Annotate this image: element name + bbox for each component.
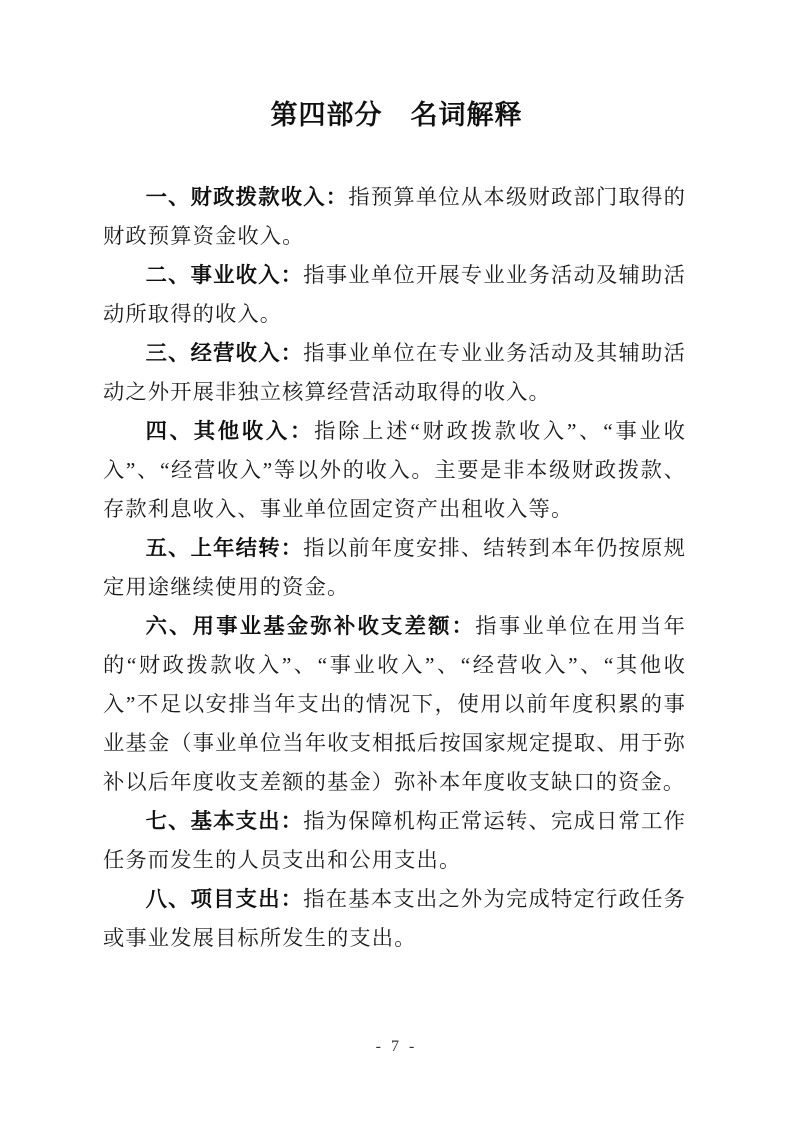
glossary-paragraph: 三、经营收入：指事业单位在专业业务活动及其辅助活动之外开展非独立核算经营活动取得… [103,334,686,412]
glossary-paragraph: 五、上年结转：指以前年度安排、结转到本年仍按原规定用途继续使用的资金。 [103,529,686,607]
glossary-paragraph: 七、基本支出：指为保障机构正常运转、完成日常工作任务而发生的人员支出和公用支出。 [103,802,686,880]
term-label: 七、基本支出： [146,809,304,833]
term-label: 二、事业收入： [146,263,304,287]
term-label: 四、其他收入： [146,419,314,443]
glossary-paragraph: 八、项目支出：指在基本支出之外为完成特定行政任务或事业发展目标所发生的支出。 [103,880,686,958]
term-label: 六、用事业基金弥补收支差额： [146,614,476,638]
glossary-paragraph: 一、财政拨款收入：指预算单位从本级财政部门取得的财政预算资金收入。 [103,178,686,256]
page-title: 第四部分 名词解释 [0,0,793,130]
term-label: 八、项目支出： [146,887,304,911]
glossary-section: 一、财政拨款收入：指预算单位从本级财政部门取得的财政预算资金收入。 二、事业收入… [103,178,686,958]
glossary-paragraph: 六、用事业基金弥补收支差额：指事业单位在用当年的“财政拨款收入”、“事业收入”、… [103,607,686,802]
term-label: 三、经营收入： [146,341,304,365]
glossary-paragraph: 二、事业收入：指事业单位开展专业业务活动及辅助活动所取得的收入。 [103,256,686,334]
term-label: 一、财政拨款收入： [146,185,349,209]
term-label: 五、上年结转： [146,536,304,560]
document-page: 第四部分 名词解释 一、财政拨款收入：指预算单位从本级财政部门取得的财政预算资金… [0,0,793,1122]
page-number: - 7 - [0,1037,793,1057]
glossary-paragraph: 四、其他收入：指除上述“财政拨款收入”、“事业收入”、“经营收入”等以外的收入。… [103,412,686,529]
term-definition: 指事业单位在用当年的“财政拨款收入”、“事业收入”、“经营收入”、“其他收入”不… [103,614,686,794]
